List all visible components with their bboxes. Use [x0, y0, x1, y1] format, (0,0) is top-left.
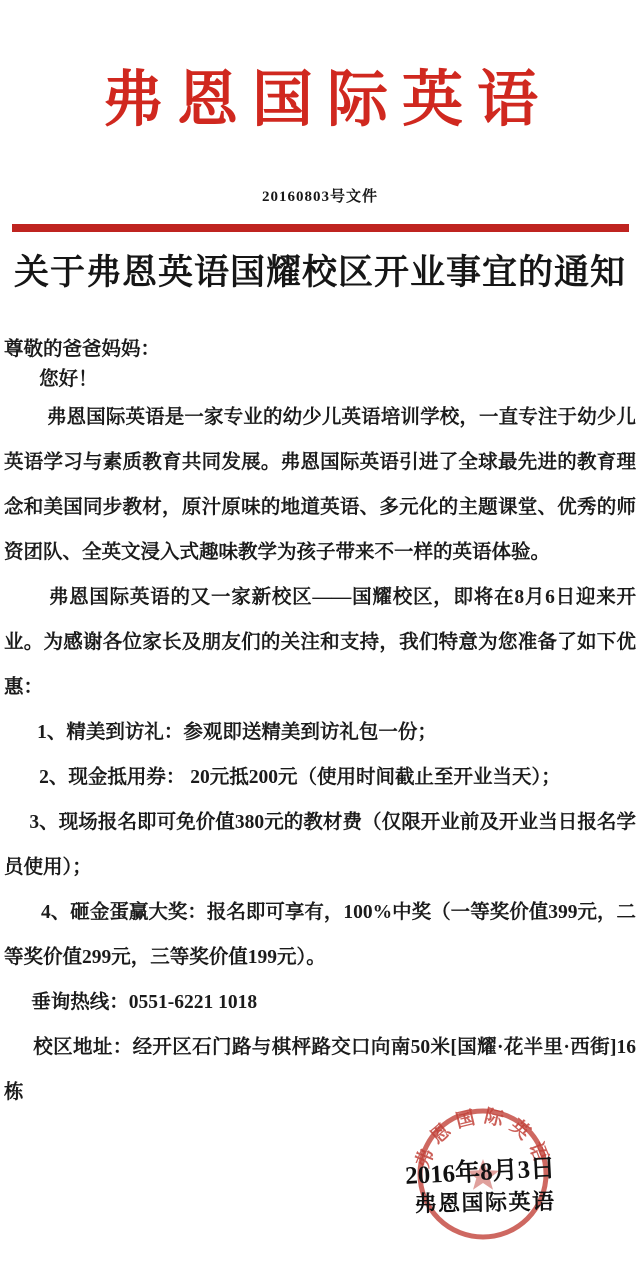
- letterhead-brand-title: 弗恩国际英语: [0, 0, 640, 131]
- issuer-signature: 弗恩国际英语: [395, 1184, 576, 1218]
- notice-document: 弗恩国际英语 20160803号文件 关于弗恩英语国耀校区开业事宜的通知 尊敬的…: [0, 0, 640, 1280]
- offer-item-2: 2、现金抵用券： 20元抵200元（使用时间截止至开业当天）；: [4, 755, 636, 800]
- signature-block: 弗恩国际英语 2016年8月3日 弗恩国际英语: [0, 1100, 640, 1280]
- notice-body: 尊敬的爸爸妈妈： 您好！ 弗恩国际英语是一家专业的幼少儿英语培训学校，一直专注于…: [0, 335, 640, 1115]
- notice-title: 关于弗恩英语国耀校区开业事宜的通知: [0, 251, 640, 295]
- salutation-line: 尊敬的爸爸妈妈：: [4, 335, 636, 365]
- greeting-line: 您好！: [4, 365, 636, 395]
- offer-item-3: 3、现场报名即可免价值380元的教材费（仅限开业前及开业当日报名学员使用）；: [4, 800, 636, 890]
- opening-announcement-paragraph: 弗恩国际英语的又一家新校区——国耀校区，即将在8月6日迎来开业。为感谢各位家长及…: [4, 575, 636, 710]
- offer-item-4: 4、砸金蛋赢大奖：报名即可享有，100%中奖（一等奖价值399元，二等奖价值29…: [4, 890, 636, 980]
- hotline-line: 垂询热线：0551-6221 1018: [4, 980, 636, 1025]
- intro-paragraph: 弗恩国际英语是一家专业的幼少儿英语培训学校，一直专注于幼少儿英语学习与素质教育共…: [4, 395, 636, 575]
- offer-item-1: 1、精美到访礼：参观即送精美到访礼包一份；: [4, 710, 636, 755]
- document-number: 20160803号文件: [0, 185, 640, 206]
- red-divider-rule: [12, 224, 629, 232]
